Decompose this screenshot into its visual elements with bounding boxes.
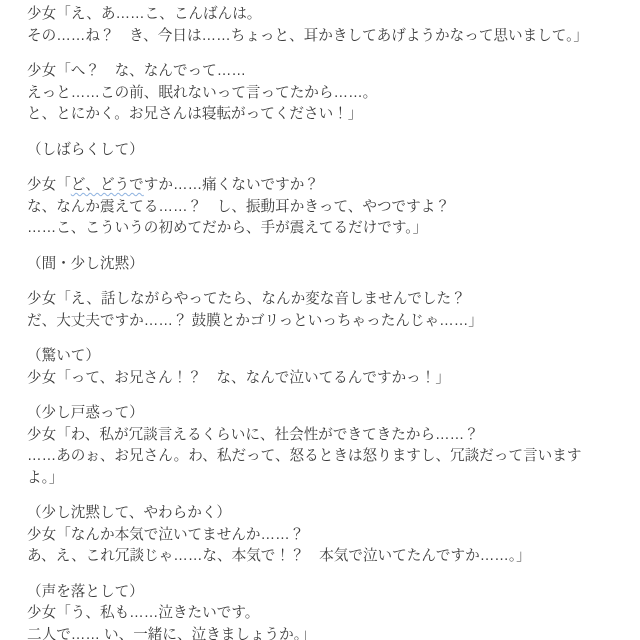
stage-dialogue-block-6: （少し戸惑って） 少女「わ、私が冗談言えるくらいに、社会性ができてきたから……？… bbox=[27, 403, 632, 489]
stage-dialogue-block-8: （声を落として） 少女「う、私も……泣きたいです。 二人で…… い、一緒に、泣き… bbox=[27, 582, 632, 640]
dialogue-line-clipped: 二人で…… い、一緒に、泣きましょうか。」 bbox=[27, 625, 632, 640]
stage-direction-line: （少し戸惑って） bbox=[27, 403, 632, 425]
dialogue-line: 少女「わ、私が冗談言えるくらいに、社会性ができてきたから……？ bbox=[27, 425, 632, 447]
dialogue-line: だ、大丈夫ですか……？ 鼓膜とかゴリっといっちゃったんじゃ……」 bbox=[27, 311, 632, 333]
dialogue-line: その……ね？ き、今日は……ちょっと、耳かきしてあげようかなって思いまして。」 bbox=[27, 26, 632, 48]
stage-direction-block-1: （しばらくして） bbox=[27, 140, 632, 162]
dialogue-line: な、なんか震えてる……？ し、振動耳かきって、やつですよ？ bbox=[27, 197, 632, 219]
stage-direction-line: （声を落として） bbox=[27, 582, 632, 604]
dialogue-line: ……あのぉ、お兄さん。わ、私だって、怒るときは怒りますし、冗談だって言います bbox=[27, 446, 632, 468]
dialogue-line: 少女「う、私も……泣きたいです。 bbox=[27, 603, 632, 625]
dialogue-line: えっと……この前、眠れないって言ってたから……。 bbox=[27, 83, 632, 105]
dialogue-line: 少女「って、お兄さん！？ な、なんで泣いてるんですかっ！」 bbox=[27, 368, 632, 390]
spellcheck-wavy-underline: ど、どうで bbox=[71, 177, 144, 193]
dialogue-block-1: 少女「え、あ……こ、こんばんは。 その……ね？ き、今日は……ちょっと、耳かきし… bbox=[27, 4, 632, 47]
dialogue-line: 少女「へ？ な、なんでって…… bbox=[27, 61, 632, 83]
dialogue-line: ……こ、こういうの初めてだから、手が震えてるだけです。」 bbox=[27, 218, 632, 240]
stage-direction-block-2: （間・少し沈黙） bbox=[27, 254, 632, 276]
stage-dialogue-block-5: （驚いて） 少女「って、お兄さん！？ な、なんで泣いてるんですかっ！」 bbox=[27, 346, 632, 389]
dialogue-line: 少女「え、話しながらやってたら、なんか変な音しませんでした？ bbox=[27, 289, 632, 311]
stage-direction-line: （間・少し沈黙） bbox=[27, 254, 632, 276]
stage-direction-line: （少し沈黙して、やわらかく） bbox=[27, 503, 632, 525]
dialogue-line-with-spellcheck: 少女「ど、どうですか……痛くないですか？ bbox=[27, 175, 632, 197]
dialogue-line: 少女「なんか本気で泣いてませんか……？ bbox=[27, 525, 632, 547]
dialogue-block-3: 少女「ど、どうですか……痛くないですか？ な、なんか震えてる……？ し、振動耳か… bbox=[27, 175, 632, 240]
dialogue-line: と、とにかく。お兄さんは寝転がってください！」 bbox=[27, 104, 632, 126]
stage-direction-line: （驚いて） bbox=[27, 346, 632, 368]
script-text-document: 少女「え、あ……こ、こんばんは。 その……ね？ き、今日は……ちょっと、耳かきし… bbox=[0, 0, 640, 640]
dialogue-block-2: 少女「へ？ な、なんでって…… えっと……この前、眠れないって言ってたから……。… bbox=[27, 61, 632, 126]
line-text-pre: 少女「 bbox=[27, 177, 71, 193]
dialogue-line: 少女「え、あ……こ、こんばんは。 bbox=[27, 4, 632, 26]
stage-dialogue-block-7: （少し沈黙して、やわらかく） 少女「なんか本気で泣いてませんか……？ あ、え、こ… bbox=[27, 503, 632, 568]
dialogue-line: あ、え、これ冗談じゃ……な、本気で！？ 本気で泣いてたんですか……。」 bbox=[27, 546, 632, 568]
stage-direction-line: （しばらくして） bbox=[27, 140, 632, 162]
dialogue-line-wrap: よ。」 bbox=[27, 468, 632, 490]
dialogue-block-4: 少女「え、話しながらやってたら、なんか変な音しませんでした？ だ、大丈夫ですか…… bbox=[27, 289, 632, 332]
line-text-post: すか……痛くないですか？ bbox=[144, 177, 319, 193]
